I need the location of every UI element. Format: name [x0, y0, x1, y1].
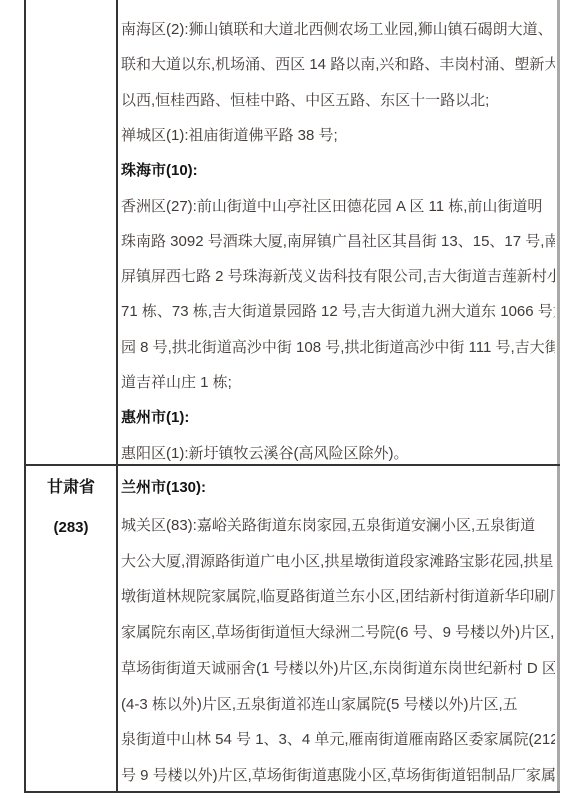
city-heading-line: 珠海市(10):	[121, 161, 555, 185]
city-heading-line: 兰州市(130):	[121, 478, 555, 502]
document-page: 甘肃省 (283) 南海区(2):狮山镇联和大道北西侧农场工业园,狮山镇石碣朗大…	[0, 0, 581, 810]
content-line: 家属院东南区,草场街街道恒大绿洲二号院(6 号、9 号楼以外)片区,	[121, 623, 555, 647]
content-line: 道吉祥山庄 1 栋;	[121, 373, 555, 397]
province-name: 甘肃省	[26, 478, 116, 498]
content-line: 香洲区(27):前山街道中山亭社区田德花园 A 区 11 栋,前山街道明	[121, 197, 555, 221]
content-line: 联和大道以东,机场涌、西区 14 路以南,兴和路、丰岗村涌、塱新大道	[121, 55, 555, 79]
content-line: 禅城区(1):祖庙街道佛平路 38 号;	[121, 126, 555, 150]
content-line: 71 栋、73 栋,吉大街道景园路 12 号,吉大街道九洲大道东 1066 号龙	[121, 302, 555, 326]
content-line: 草场街街道天诚丽舍(1 号楼以外)片区,东岗街道东岗世纪新村 D 区	[121, 659, 555, 683]
content-line: 大公大厦,渭源路街道广电小区,拱星墩街道段家滩路宝影花园,拱星	[121, 552, 555, 576]
content-cell-gansu: 兰州市(130):城关区(83):嘉峪关路街道东岗家园,五泉街道安澜小区,五泉街…	[121, 466, 555, 791]
content-line: 南海区(2):狮山镇联和大道北西侧农场工业园,狮山镇石碣朗大道、	[121, 20, 555, 44]
content-line: 屏镇屏西七路 2 号珠海新茂义齿科技有限公司,吉大街道吉莲新村小区	[121, 267, 555, 291]
table-column-divider	[116, 0, 118, 793]
city-heading-line: 惠州市(1):	[121, 408, 555, 432]
content-line: 珠南路 3092 号酒珠大厦,南屏镇广昌社区其昌街 13、15、17 号,南	[121, 232, 555, 256]
content-line: 城关区(83):嘉峪关路街道东岗家园,五泉街道安澜小区,五泉街道	[121, 516, 555, 540]
content-line: 泉街道中山林 54 号 1、3、4 单元,雁南街道雁南路区委家属院(2122	[121, 730, 555, 754]
content-line: 以西,恒桂西路、恒桂中路、中区五路、东区十一路以北;	[121, 91, 555, 115]
content-line: 惠阳区(1):新圩镇牧云溪谷(高风险区除外)。	[121, 444, 555, 468]
content-line: 园 8 号,拱北街道高沙中街 108 号,拱北街道高沙中街 111 号,吉大街	[121, 338, 555, 362]
province-count: (283)	[26, 518, 116, 538]
table-right-border	[557, 0, 560, 793]
table-bottom-border	[24, 791, 560, 793]
content-line: 墩街道林规院家属院,临夏路街道兰东小区,团结新村街道新华印刷厂	[121, 587, 555, 611]
province-cell-gansu: 甘肃省 (283)	[26, 466, 116, 791]
content-cell-guangdong: 南海区(2):狮山镇联和大道北西侧农场工业园,狮山镇石碣朗大道、联和大道以东,机…	[121, 0, 555, 464]
content-line: 号 9 号楼以外)片区,草场街街道惠陇小区,草场街街道铝制品厂家属	[121, 766, 555, 790]
content-line: (4-3 栋以外)片区,五泉街道祁连山家属院(5 号楼以外)片区,五	[121, 695, 555, 719]
